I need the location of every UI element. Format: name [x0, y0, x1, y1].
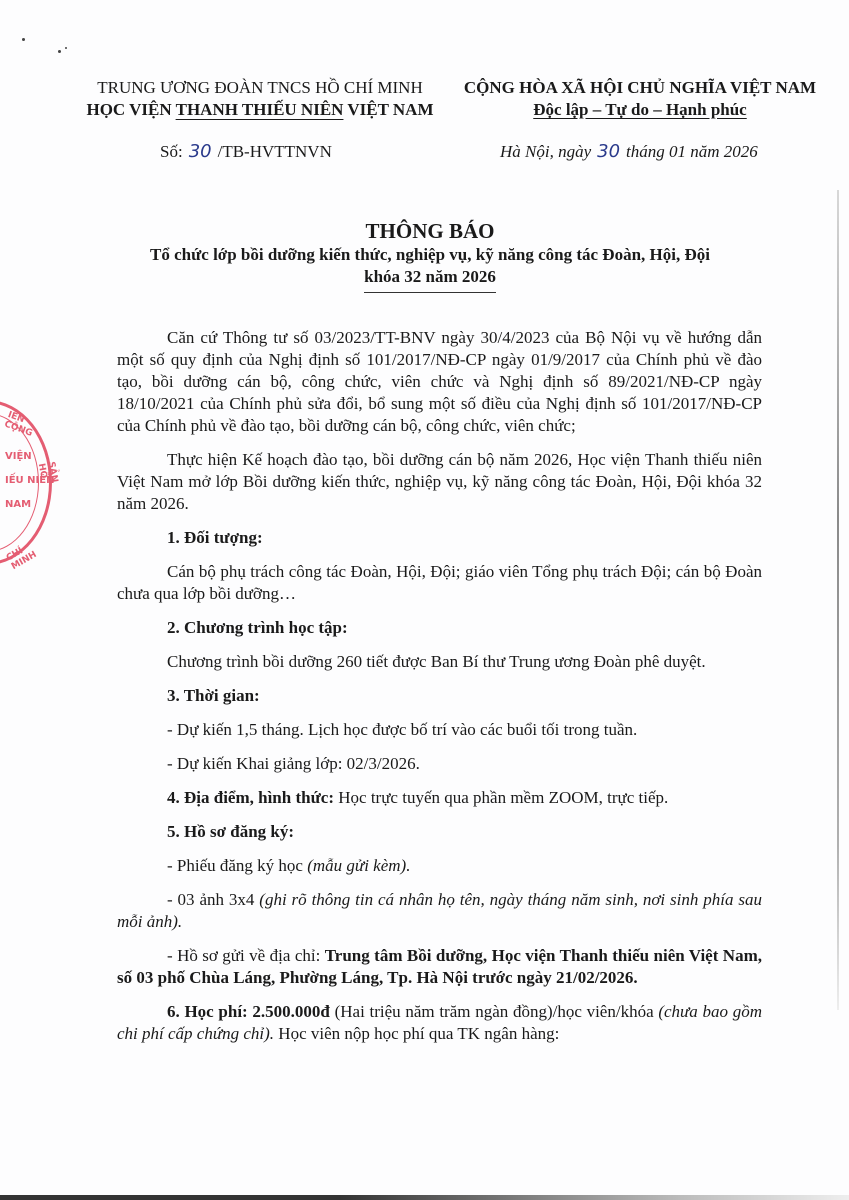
place-and-date: Hà Nội, ngày30tháng 01 năm 2026: [500, 141, 758, 162]
document-subtitle: Tổ chức lớp bồi dưỡng kiến thức, nghiệp …: [80, 244, 780, 266]
seal-ring-text-3: CHÍ MINH: [5, 534, 51, 572]
section-5-heading: 5. Hồ sơ đăng ký:: [117, 821, 762, 843]
s5-item1-text: - Phiếu đăng ký học: [167, 856, 307, 875]
doc-no-handwritten: 30: [189, 141, 212, 162]
doc-no-suffix: /TB-HVTTNVN: [218, 142, 332, 161]
date-day-handwritten: 30: [597, 141, 620, 162]
section-4-heading: 4. Địa điểm, hình thức:: [167, 788, 334, 807]
section-5-item-3: - Hồ sơ gửi về địa chỉ: Trung tâm Bồi dư…: [117, 945, 762, 989]
s5-item3-text: - Hồ sơ gửi về địa chỉ:: [167, 946, 325, 965]
section-5-item-1: - Phiếu đăng ký học (mẫu gửi kèm).: [117, 855, 762, 877]
section-6: 6. Học phí: 2.500.000đ (Hai triệu năm tr…: [117, 1001, 762, 1045]
org-name-suffix: VIỆT NAM: [343, 100, 433, 119]
section-3-item: - Dự kiến 1,5 tháng. Lịch học được bố tr…: [117, 719, 762, 741]
issuing-organization: TRUNG ƯƠNG ĐOÀN TNCS HỒ CHÍ MINH HỌC VIỆ…: [70, 77, 450, 121]
org-name-underlined: THANH THIẾU NIÊN: [176, 100, 344, 119]
document-body: Căn cứ Thông tư số 03/2023/TT-BNV ngày 3…: [117, 327, 762, 1045]
section-3-item: - Dự kiến Khai giảng lớp: 02/3/2026.: [117, 753, 762, 775]
section-6-heading: 6. Học phí: 2.500.000đ: [167, 1002, 330, 1021]
section-1-text: Cán bộ phụ trách công tác Đoàn, Hội, Đội…: [117, 561, 762, 605]
implementation-paragraph: Thực hiện Kế hoạch đào tạo, bồi dưỡng cá…: [117, 449, 762, 515]
s5-item2-text: - 03 ảnh 3x4: [167, 890, 259, 909]
section-4-text: Học trực tuyến qua phần mềm ZOOM, trực t…: [334, 788, 668, 807]
document-number: Số:30/TB-HVTTNVN: [160, 141, 332, 162]
section-4: 4. Địa điểm, hình thức: Học trực tuyến q…: [117, 787, 762, 809]
official-seal: IÊN CỘNG SẢN HỒ CHÍ MINH VIỆN IẾU NIÊN N…: [0, 400, 52, 565]
seal-line-1: VIỆN: [5, 445, 54, 469]
section-6-text2: Học viên nộp học phí qua TK ngân hàng:: [274, 1024, 559, 1043]
section-3-heading: 3. Thời gian:: [117, 685, 762, 707]
legal-basis-paragraph: Căn cứ Thông tư số 03/2023/TT-BNV ngày 3…: [117, 327, 762, 437]
section-2-heading: 2. Chương trình học tập:: [117, 617, 762, 639]
scan-bottom-edge: [0, 1195, 849, 1200]
seal-inner-text: VIỆN IẾU NIÊN NAM: [5, 445, 54, 517]
org-name-prefix: HỌC VIỆN: [86, 100, 175, 119]
section-5-item-2: - 03 ảnh 3x4 (ghi rõ thông tin cá nhân h…: [117, 889, 762, 933]
national-heading: CỘNG HÒA XÃ HỘI CHỦ NGHĨA VIỆT NAM Độc l…: [445, 77, 835, 121]
document-subtitle-line2: khóa 32 năm 2026: [364, 266, 496, 293]
scan-right-edge: [837, 190, 839, 1010]
section-2-text: Chương trình bồi dưỡng 260 tiết được Ban…: [117, 651, 762, 673]
document-title: THÔNG BÁO: [80, 218, 780, 244]
place-date-suffix: tháng 01 năm 2026: [626, 142, 758, 161]
seal-line-3: NAM: [5, 493, 54, 517]
document-title-block: THÔNG BÁO Tổ chức lớp bồi dưỡng kiến thứ…: [80, 218, 780, 293]
doc-no-label: Số:: [160, 142, 183, 161]
parent-organization: TRUNG ƯƠNG ĐOÀN TNCS HỒ CHÍ MINH: [70, 77, 450, 99]
organization-name: HỌC VIỆN THANH THIẾU NIÊN VIỆT NAM: [70, 99, 450, 121]
nation-name: CỘNG HÒA XÃ HỘI CHỦ NGHĨA VIỆT NAM: [445, 77, 835, 99]
seal-ring-text-1: IÊN CỘNG: [3, 410, 51, 444]
section-6-text: (Hai triệu năm trăm ngàn đồng)/học viên/…: [330, 1002, 658, 1021]
s5-item1-note: (mẫu gửi kèm).: [307, 856, 410, 875]
document-page: TRUNG ƯƠNG ĐOÀN TNCS HỒ CHÍ MINH HỌC VIỆ…: [0, 0, 849, 1200]
seal-line-2: IẾU NIÊN: [5, 469, 54, 493]
section-1-heading: 1. Đối tượng:: [117, 527, 762, 549]
place-date-prefix: Hà Nội, ngày: [500, 142, 591, 161]
national-motto: Độc lập – Tự do – Hạnh phúc: [533, 100, 746, 119]
